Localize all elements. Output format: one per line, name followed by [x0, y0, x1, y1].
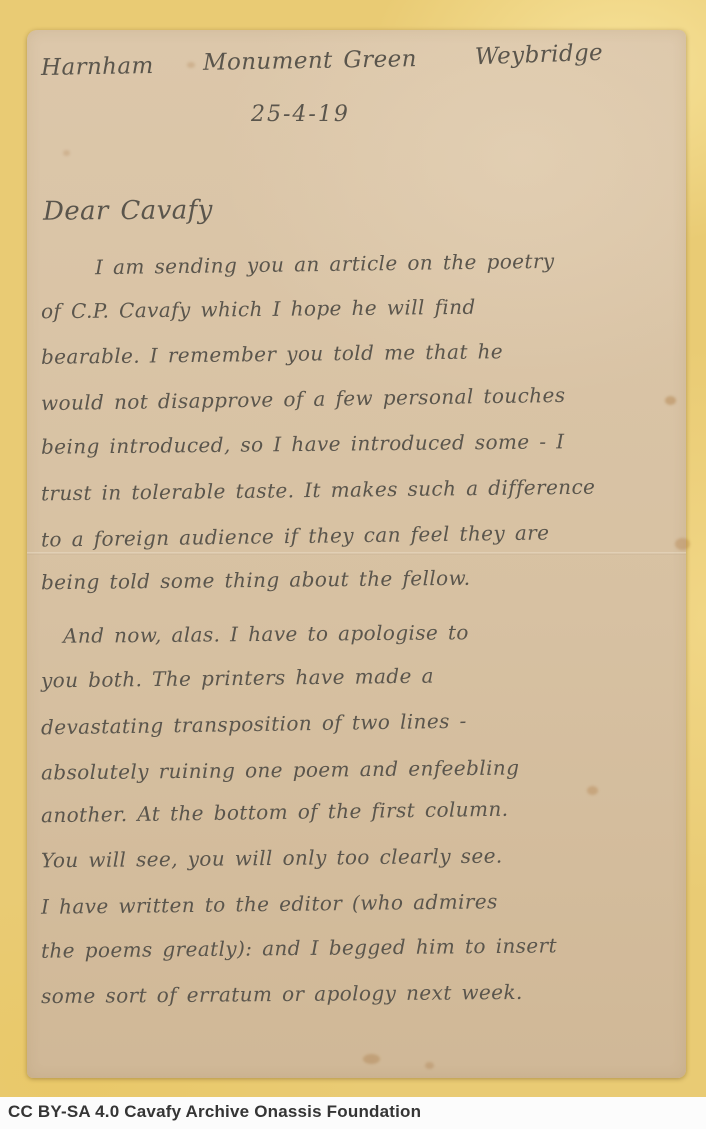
letter-line: to a foreign audience if they can feel t… [41, 520, 550, 551]
paper-stain [675, 538, 690, 550]
letter-line: bearable. I remember you told me that he [41, 339, 503, 369]
letter-date: 25-4-19 [251, 102, 350, 127]
letter-line: And now, alas. I have to apologise to [63, 620, 469, 648]
address-part-house: Harnham [41, 53, 154, 81]
paper-stain [665, 396, 676, 405]
paper-stain [63, 150, 70, 156]
letter-line: you both. The printers have made a [41, 664, 434, 693]
letter-line: being introduced, so I have introduced s… [41, 429, 565, 458]
license-text: CC BY-SA 4.0 Cavafy Archive Onassis Foun… [8, 1097, 421, 1127]
address-part-town: Weybridge [475, 40, 604, 70]
letter-line: another. At the bottom of the first colu… [41, 797, 509, 828]
scan-background: Harnham Monument Green Weybridge 25-4-19… [0, 0, 706, 1129]
salutation: Dear Cavafy [43, 195, 213, 226]
letter-line: of C.P. Cavafy which I hope he will find [41, 295, 476, 324]
letter-line: absolutely ruining one poem and enfeebli… [41, 755, 520, 784]
paper-stain [425, 1062, 434, 1069]
letter-line: the poems greatly): and I begged him to … [41, 933, 557, 962]
address-part-street: Monument Green [203, 46, 417, 76]
letter-line: trust in tolerable taste. It makes such … [41, 475, 596, 506]
letter-paper: Harnham Monument Green Weybridge 25-4-19… [27, 30, 686, 1078]
letter-line: being told some thing about the fellow. [41, 566, 471, 594]
paper-fold-crease [27, 552, 686, 555]
paper-stain [587, 786, 598, 795]
paper-stain [187, 62, 195, 68]
letter-line: You will see, you will only too clearly … [41, 844, 503, 873]
letter-line: I am sending you an article on the poetr… [95, 249, 555, 279]
letter-line: devastating transposition of two lines - [41, 709, 467, 740]
license-bar: CC BY-SA 4.0 Cavafy Archive Onassis Foun… [0, 1097, 706, 1129]
paper-stain [363, 1054, 380, 1064]
letter-line: would not disapprove of a few personal t… [41, 383, 566, 415]
letter-line: I have written to the editor (who admire… [41, 889, 498, 919]
letter-line: some sort of erratum or apology next wee… [41, 980, 523, 1008]
